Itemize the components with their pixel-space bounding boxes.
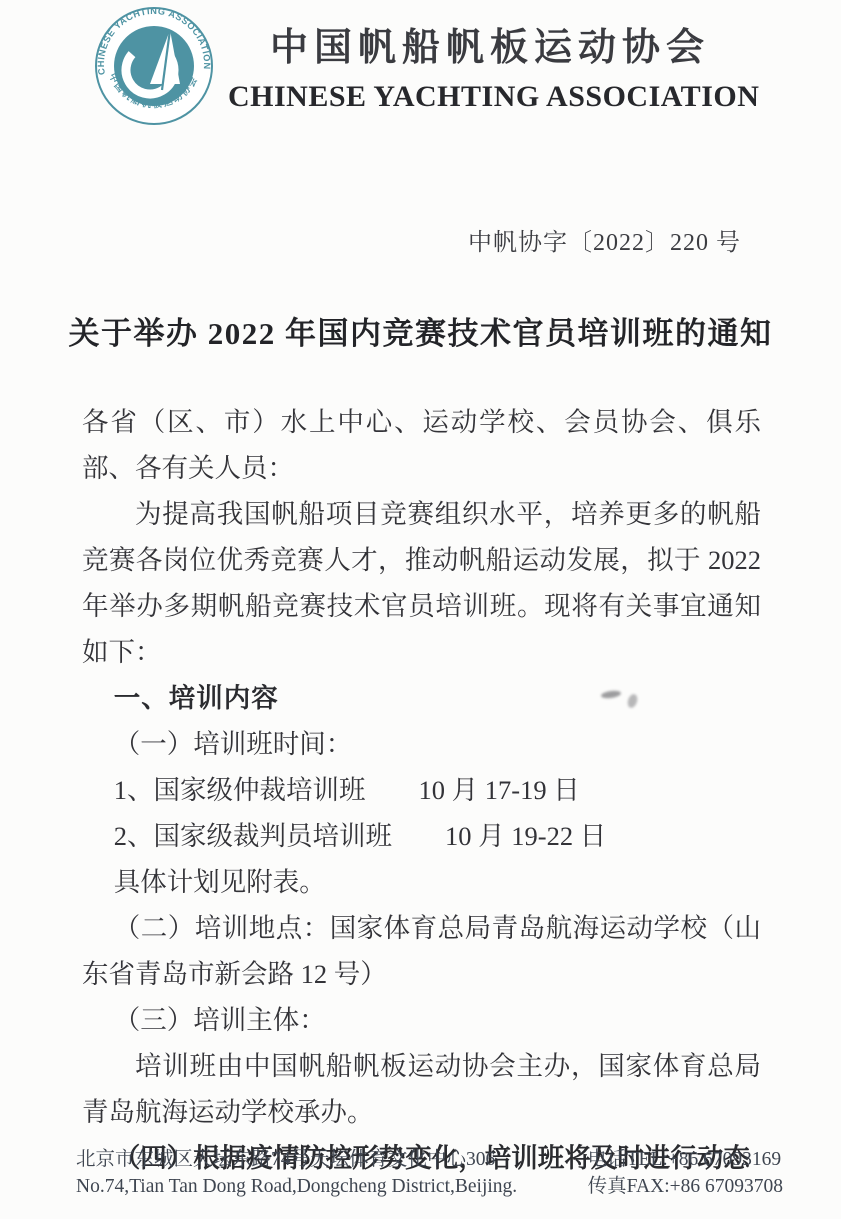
footer-address: 北京市东城区天坛东路74号天坛体育文化中心306 No.74,Tian Tan … (76, 1146, 517, 1200)
footer-contact: 北京市东城区天坛东路74号天坛体育文化中心306 No.74,Tian Tan … (76, 1146, 783, 1200)
org-name-en: CHINESE YACHTING ASSOCIATION (228, 80, 752, 114)
notice-title: 关于举办 2022 年国内竞赛技术官员培训班的通知 (0, 308, 841, 353)
subsection-1-2-location: （二）培训地点：国家体育总局青岛航海运动学校（山东省青岛市新会路 12 号） (82, 905, 761, 997)
section-1-heading: 一、培训内容 (82, 675, 761, 721)
footer-tel: 电话TEL:+86 67093169 (588, 1146, 783, 1173)
schedule-note: 具体计划见附表。 (82, 859, 761, 905)
cya-logo: CHINESE YACHTING ASSOCIATION 中国帆船帆板运动协会 (92, 4, 216, 128)
footer-fax: 传真FAX:+86 67093708 (588, 1173, 783, 1200)
cya-logo-icon: CHINESE YACHTING ASSOCIATION 中国帆船帆板运动协会 (92, 4, 216, 128)
doc-number: 中帆协字〔2022〕220 号 (468, 222, 741, 257)
training-item-1: 1、国家级仲裁培训班 10 月 17-19 日 (82, 767, 761, 813)
footer-address-zh: 北京市东城区天坛东路74号天坛体育文化中心306 (76, 1146, 517, 1173)
org-name-zh: 中国帆船帆板运动协会 (228, 16, 752, 71)
scanned-notice-document: CHINESE YACHTING ASSOCIATION 中国帆船帆板运动协会 … (0, 0, 841, 1219)
letterhead: 中国帆船帆板运动协会 CHINESE YACHTING ASSOCIATION (228, 16, 752, 114)
organizer-paragraph: 培训班由中国帆船帆板运动协会主办，国家体育总局青岛航海运动学校承办。 (82, 1043, 761, 1135)
notice-body: 各省（区、市）水上中心、运动学校、会员协会、俱乐部、各有关人员： 为提高我国帆船… (82, 399, 761, 1181)
footer-phone: 电话TEL:+86 67093169 传真FAX:+86 67093708 (588, 1146, 783, 1200)
subsection-1-1-heading: （一）培训班时间： (82, 721, 761, 767)
intro-paragraph: 为提高我国帆船项目竞赛组织水平，培养更多的帆船竞赛各岗位优秀竞赛人才，推动帆船运… (82, 491, 761, 675)
footer-address-en: No.74,Tian Tan Dong Road,Dongcheng Distr… (76, 1173, 517, 1200)
salutation: 各省（区、市）水上中心、运动学校、会员协会、俱乐部、各有关人员： (82, 399, 761, 491)
subsection-1-3-heading: （三）培训主体： (82, 997, 761, 1043)
training-item-2: 2、国家级裁判员培训班 10 月 19-22 日 (82, 813, 761, 859)
